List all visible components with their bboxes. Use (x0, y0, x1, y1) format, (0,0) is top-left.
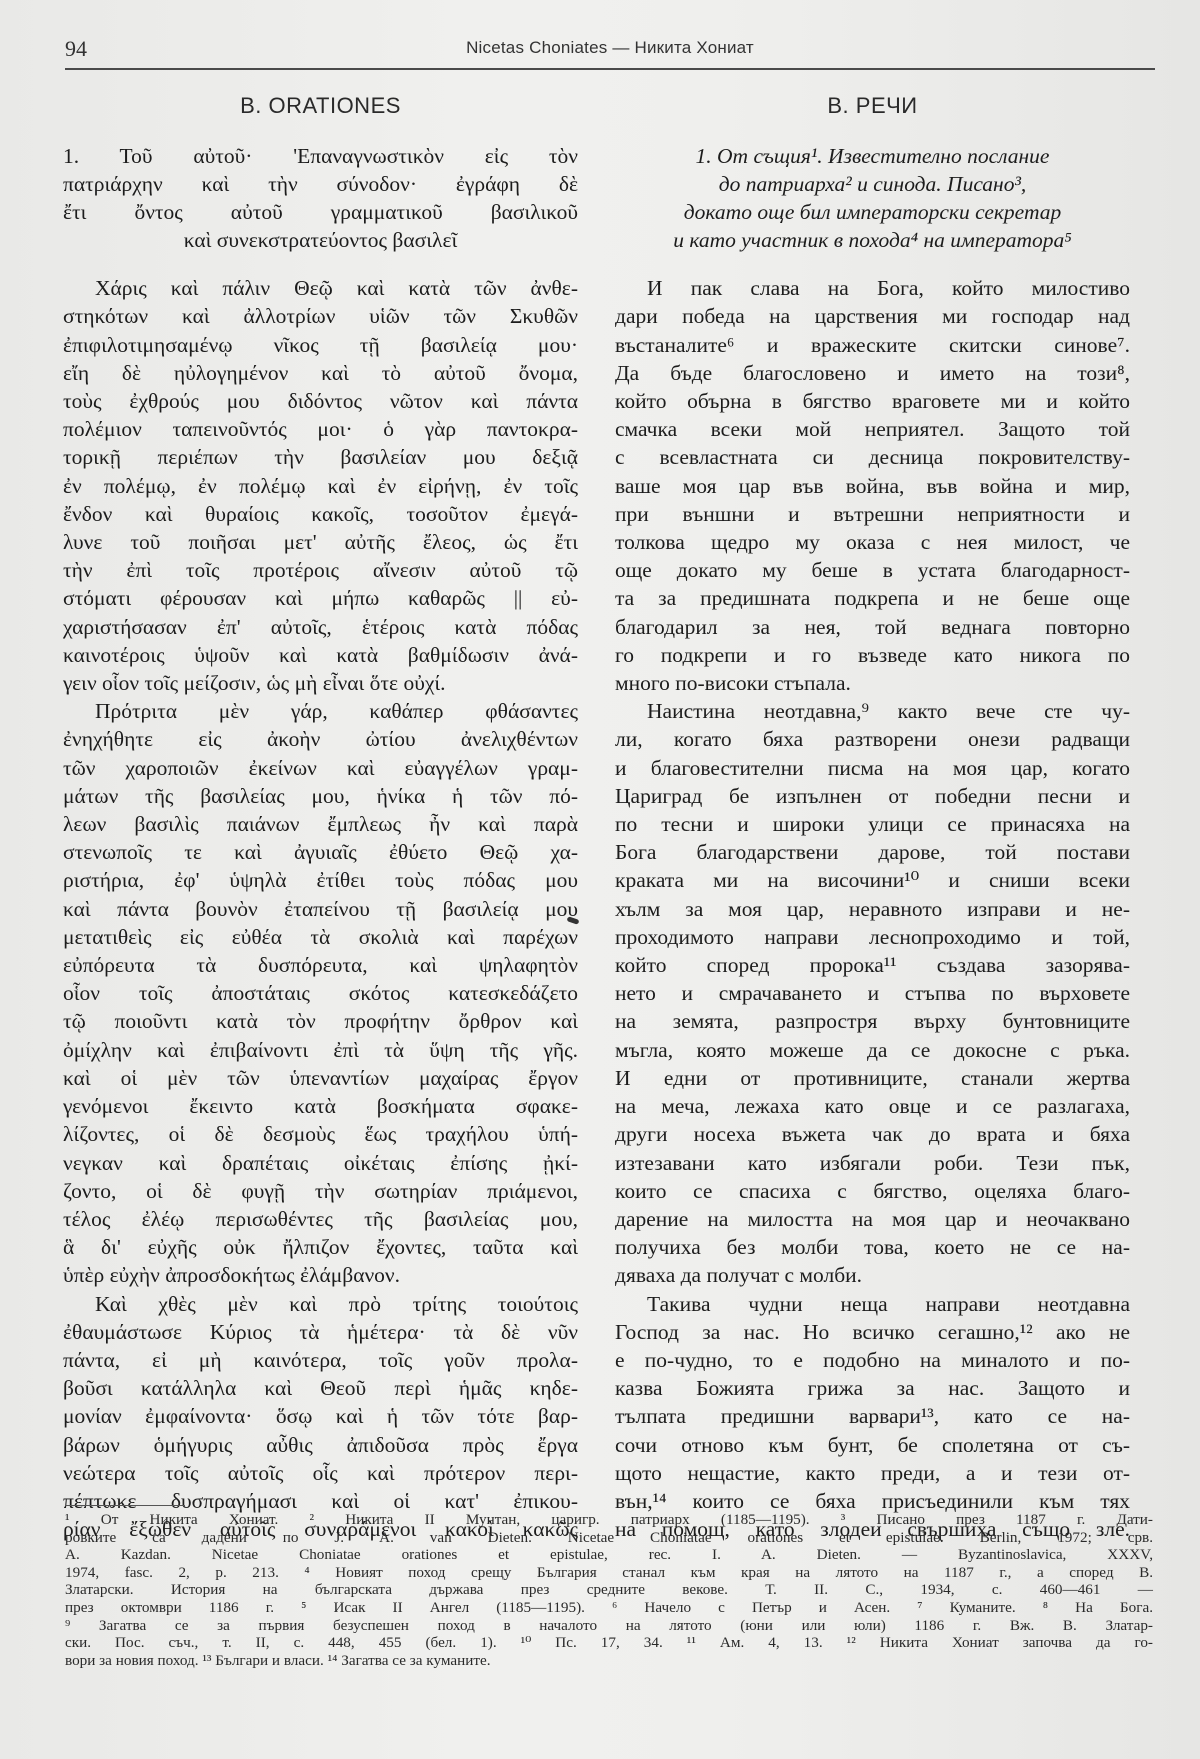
text-line: μονίαν ἐμφαίνοντα· ὅσῳ καὶ ἡ τῶν τότε βα… (63, 1402, 578, 1430)
text-line: ὀμίχλην καὶ ἐπιβαίνοντι ἐπὶ τὰ ὕψη τῆς γ… (63, 1036, 578, 1064)
text-line: други носеха въжета чак до врата и бяха (615, 1120, 1130, 1148)
text-line: дарение на милостта на моя цар и неочакв… (615, 1205, 1130, 1233)
text-line: Πρότριτα μὲν γάρ, καθάπερ φθάσαντες (63, 697, 578, 725)
text-line: καὶ οἱ μὲν τῶν ὑπεναντίων μαχαίρας ἔργον (63, 1064, 578, 1092)
running-head: 94 Nicetas Choniates — Никита Хониат (65, 30, 1155, 70)
text-line: Χάρις καὶ πάλιν Θεῷ καὶ κατὰ τῶν ἀνθε- (63, 274, 578, 302)
heading-line: до патриарха² и синода. Писано³, (615, 170, 1130, 198)
text-line: βάρων ὁμήγυρις αὖθις ἀπιδοῦσα πρὸς ἔργα (63, 1431, 578, 1459)
text-line: който според пророка¹¹ създава зазорява- (615, 951, 1130, 979)
footnote-line: през октомври 1186 г. ⁵ Исак II Ангел (1… (65, 1599, 1153, 1617)
text-line: е по-чудно, то е подобно на миналото и п… (615, 1346, 1130, 1374)
text-line: нето и смрачаването и стъпва по върховет… (615, 979, 1130, 1007)
text-line: πάντα, εἰ μὴ καινότερα, τοῖς γοῦν προλα- (63, 1346, 578, 1374)
text-line: ριστήρια, ἐφ' ὑψηλὰ ἐτίθει τοὺς πόδας μο… (63, 866, 578, 894)
heading-line: πατριάρχην καὶ τὴν σύνοδον· ἐγράφη δὲ (63, 170, 578, 198)
text-line: които се спасиха с бягство, оцеляха благ… (615, 1177, 1130, 1205)
text-line: μάτων τῆς βασιλείας μου, ἡνίκα ἡ τῶν πό- (63, 782, 578, 810)
running-title: Nicetas Choniates — Никита Хониат (65, 38, 1155, 58)
footnote-line: вори за новия поход. ¹³ Българи и власи.… (65, 1652, 1153, 1670)
text-line: Господ за нас. Но всичко сегашно,¹² ако … (615, 1318, 1130, 1346)
text-line: τορικῇ περιέπων τὴν βασιλείαν μου δεξιᾷ (63, 443, 578, 471)
text-line: τὴν ἐπὶ τοῖς προτέροις αἴνεσιν αὐτοῦ τῷ (63, 556, 578, 584)
text-line: получиха без молби това, което не се на- (615, 1233, 1130, 1261)
text-line: εὐπόρευτα τὰ δυσπόρευτα, καὶ ψηλαφητὸν (63, 951, 578, 979)
heading-line: и като участник в похода⁴ на императора⁵ (615, 226, 1130, 254)
heading-line: 1. Τοῦ αὐτοῦ· 'Επαναγνωστικὸν εἰς τὸν (63, 142, 578, 170)
text-line: ζοντο, οἱ δὲ φυγῇ τὴν σωτηρίαν πριάμενοι… (63, 1177, 578, 1205)
heading-line: ἔτι ὄντος αὐτοῦ γραμματικοῦ βασιλικοῦ (63, 198, 578, 226)
heading-line: 1. От същия¹. Известително послание (615, 142, 1130, 170)
text-line: ὑπὲρ εὐχὴν ἀπροσδοκήτως ἐλάμβανον. (63, 1261, 578, 1289)
text-line: Такива чудни неща направи неотдавна (615, 1290, 1130, 1318)
text-line: казва Божията грижа за нас. Защото и (615, 1374, 1130, 1402)
scanned-page: 94 Nicetas Choniates — Никита Хониат B. … (0, 0, 1200, 1759)
text-line: смачка всеки мой неприятел. Защото той (615, 415, 1130, 443)
text-line: λεων βασιλὶς παιάνων ἔμπλεως ἦν καὶ παρὰ (63, 810, 578, 838)
text-line: στηκότων καὶ ἀλλοτρίων υἱῶν τῶν Σκυθῶν (63, 302, 578, 330)
text-line: ἐθαυμάστωσε Κύριος τὰ ἡμέτερα· τὰ δὲ νῦν (63, 1318, 578, 1346)
text-line: та за предишната подкрепа и не беше още (615, 584, 1130, 612)
greek-body: Χάρις καὶ πάλιν Θεῷ καὶ κατὰ τῶν ἀνθε- σ… (63, 274, 578, 1543)
text-line: хълм за моя цар, неравното изправи и не- (615, 895, 1130, 923)
text-line: λυνε τοῦ ποιῆσαι μετ' αὐτῆς ἔλεος, ὡς ἔτ… (63, 528, 578, 556)
text-line: στενωποῖς τε καὶ ἀγυιαῖς ἐθύετο Θεῷ χα- (63, 838, 578, 866)
footnote-line: Златарски. История на българската държав… (65, 1581, 1153, 1599)
document-heading-bulgarian: 1. От същия¹. Известително послание до п… (615, 142, 1130, 254)
text-line: Καὶ χθὲς μὲν καὶ πρὸ τρίτης τοιούτοις (63, 1290, 578, 1318)
text-line: τοὺς ἐχθρούς μου διδόντος νῶτον καὶ πάντ… (63, 387, 578, 415)
text-line: въстаналите⁶ и вражеските скитски синове… (615, 331, 1130, 359)
text-line: И пак слава на Бога, който милостиво (615, 274, 1130, 302)
text-line: краката ми на височини¹⁰ и сниши всеки (615, 866, 1130, 894)
text-line: ἐν πολέμῳ, ἐν πολέμῳ καὶ ἐν εἰρήνῃ, ἐν τ… (63, 472, 578, 500)
text-line: на меча, лежаха като овце и се разлагаха… (615, 1092, 1130, 1120)
text-line: ἐνηχήθητε εἰς ἀκοὴν ὠτίου ἀνελιχθέντων (63, 725, 578, 753)
document-heading-greek: 1. Τοῦ αὐτοῦ· 'Επαναγνωστικὸν εἰς τὸν πα… (63, 142, 578, 254)
text-line: изтезавани като избягали роби. Тези пък, (615, 1149, 1130, 1177)
section-title-bulgarian: В. РЕЧИ (615, 92, 1130, 120)
text-line: ἔνδον καὶ θυραίοις κακοῖς, τοσοῦτον ἐμεγ… (63, 500, 578, 528)
text-line: γενόμενοι ἔκειντο κατὰ βοσκήματα σφακε- (63, 1092, 578, 1120)
text-line: καὶ πάντα βουνὸν ἐταπείνου τῇ βασιλείᾳ μ… (63, 895, 578, 923)
text-line: γειν οἷον τοῖς μείζοσιν, ὡς μὴ εἶναι ὅτε… (63, 669, 578, 697)
footnote-line: ⁹ Загатва се за първия безуспешен поход … (65, 1617, 1153, 1635)
text-line: и благовестителни писма на моя цар, кога… (615, 754, 1130, 782)
text-line: Наистина неотдавна,⁹ както вече сте чу- (615, 697, 1130, 725)
text-line: χαριστήσασαν ἐπ' αὐτοῖς, ἑτέροις κατὰ πό… (63, 613, 578, 641)
header-rule (65, 68, 1155, 70)
text-line: ἐπιφιλοτιμησαμένῳ νῖκος τῇ βασιλείᾳ μου· (63, 331, 578, 359)
text-line: πολέμιον ταπεινοῦντός μοι· ὁ γὰρ παντοκρ… (63, 415, 578, 443)
text-line: ли, когато бяха разтворени онези радващи (615, 725, 1130, 753)
footnote-line: ровките са дадени по J. A. van Dieten. N… (65, 1529, 1153, 1547)
text-line: ἃ δι' εὐχῆς οὐκ ἤλπιζον ἔχοντες, ταῦτα κ… (63, 1233, 578, 1261)
text-line: βοῦσι κατάλληλα καὶ Θεοῦ περὶ ἡμᾶς κηδε- (63, 1374, 578, 1402)
text-line: го подкрепи и го възведе като никога по (615, 641, 1130, 669)
text-line: νεγκαν καὶ δραπέταις οἰκέταις ἐπίσης ᾐκί… (63, 1149, 578, 1177)
text-line: по тесни и широки улици се принасяха на (615, 810, 1130, 838)
footnote-line: A. Kazdan. Nicetae Choniatae orationes e… (65, 1546, 1153, 1564)
section-title-greek: B. ORATIONES (63, 92, 578, 120)
footnotes: ¹ От Никита Хониат. ² Никита II Мунтан, … (65, 1511, 1153, 1669)
text-line: на земята, разпростря върху бунтовниците (615, 1007, 1130, 1035)
text-line: при външни и вътрешни неприятности и (615, 500, 1130, 528)
footnote-line: ¹ От Никита Хониат. ² Никита II Мунтан, … (65, 1511, 1153, 1529)
footnote-rule (65, 1505, 185, 1506)
text-line: с всевластната си десница покровителству… (615, 443, 1130, 471)
text-line: проходимото направи леснопроходимо и той… (615, 923, 1130, 951)
text-line: τῶν χαροποιῶν ἐκείνων καὶ εὐαγγέλων γραμ… (63, 754, 578, 782)
footnote-line: 1974, fasc. 2, p. 213. ⁴ Новият поход ср… (65, 1564, 1153, 1582)
text-line: τῷ ποιοῦντι κατὰ τὸν προφήτην ὄρθρον καὶ (63, 1007, 578, 1035)
text-line: καινοτέροις ὑψοῦν καὶ κατὰ βαθμίδωσιν ἀν… (63, 641, 578, 669)
text-line: тълпата предишни варвари¹³, като се на- (615, 1402, 1130, 1430)
heading-line: καὶ συνεκστρατεύοντος βασιλεῖ (63, 226, 578, 254)
text-line: Бога благодарствени дарове, той постави (615, 838, 1130, 866)
text-line: дари победа на царствения ми господар на… (615, 302, 1130, 330)
bulgarian-column: В. РЕЧИ 1. От същия¹. Известително посла… (615, 92, 1130, 1543)
text-line: Да бъде благословено и името на този⁸, (615, 359, 1130, 387)
text-line: τέλος ἐλέῳ περισωθέντες τῆς βασιλείας μο… (63, 1205, 578, 1233)
text-line: νεώτερα τοῖς αὐτοῖς οἷς καὶ πρότερον περ… (63, 1459, 578, 1487)
text-line: дяваха да получат с молби. (615, 1261, 1130, 1289)
text-line: толкова щедро му оказа с нея милост, че (615, 528, 1130, 556)
text-line: благодарил за нея, той веднага повторно (615, 613, 1130, 641)
footnote-line: ски. Пос. съч., т. II, с. 448, 455 (бел.… (65, 1634, 1153, 1652)
text-line: Цариград бе изпълнен от победни песни и (615, 782, 1130, 810)
text-line: И едни от противниците, станали жертва (615, 1064, 1130, 1092)
greek-column: B. ORATIONES 1. Τοῦ αὐτοῦ· 'Επαναγνωστικ… (63, 92, 578, 1543)
text-line: λίζοντες, οἱ δὲ δεσμοὺς ἕως τραχήλου ὑπή… (63, 1120, 578, 1148)
text-line: στόματι φέρουσαν καὶ μήπω καθαρῶς || εὐ- (63, 584, 578, 612)
heading-line: докато още бил императорски секретар (615, 198, 1130, 226)
text-line: мъгла, която можеше да се докосне с ръка… (615, 1036, 1130, 1064)
text-line: още докато му беше в устата благодарност… (615, 556, 1130, 584)
text-line: εἴη δὲ ηὐλογημένον καὶ τὸ αὐτοῦ ὄνομα, (63, 359, 578, 387)
text-line: μετατιθεὶς εἰς εὐθέα τὰ σκολιὰ καὶ παρέχ… (63, 923, 578, 951)
text-line: οἷον τοῖς ἀποστάταις σκότος κατεσκεδάζετ… (63, 979, 578, 1007)
text-line: сочи отново към бунт, бе сполетяна от съ… (615, 1431, 1130, 1459)
text-line: който обърна в бягство враговете ми и ко… (615, 387, 1130, 415)
text-line: много по-високи стъпала. (615, 669, 1130, 697)
text-line: щото нещастие, както преди, а и тези от- (615, 1459, 1130, 1487)
text-line: ваше моя цар във война, във война и мир, (615, 472, 1130, 500)
bulgarian-body: И пак слава на Бога, който милостиво дар… (615, 274, 1130, 1543)
